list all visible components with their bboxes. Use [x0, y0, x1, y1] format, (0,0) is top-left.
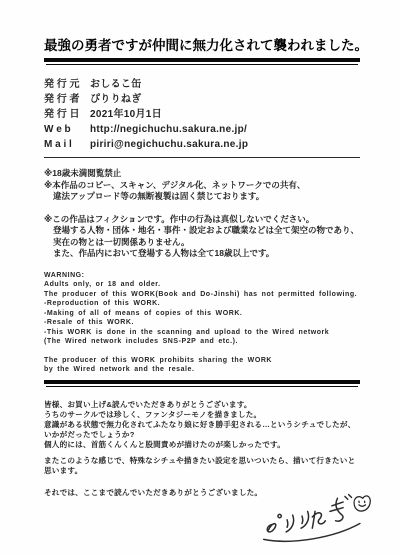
- bottom-divider: [44, 380, 360, 386]
- colophon-row-date: 発 行 日 2021年10月1日: [44, 107, 360, 122]
- date-label: 発 行 日: [44, 107, 90, 122]
- age-restriction-notice: ※18歳未満閲覧禁止: [44, 168, 360, 180]
- colophon-row-author: 発 行 者 ぴりりねぎ: [44, 92, 360, 107]
- section-divider: [44, 157, 360, 158]
- notices-section: ※18歳未満閲覧禁止 ※本作品のコピー、スキャン、デジタル化、ネットワークでの共…: [44, 168, 360, 260]
- signature-face-doodle: [354, 496, 370, 511]
- author-label: 発 行 者: [44, 92, 90, 107]
- warning-footer: The producer of this WORK prohibits shar…: [44, 356, 360, 375]
- mail-label: M a i l: [44, 137, 90, 152]
- title-divider: [44, 58, 360, 64]
- signature-handwriting: [264, 495, 360, 542]
- fiction-disclaimer-notice: ※この作品はフィクションです。作中の行為は真似しないでください。 登場する人物・…: [44, 214, 360, 260]
- afterword-paragraph-2: またこのような感じで、特殊なシチュや描きたい設定を思いついたら、描いて行きたいと…: [44, 456, 360, 476]
- copy-prohibition-notice: ※本作品のコピー、スキャン、デジタル化、ネットワークでの共有、 違法アップロード…: [44, 180, 360, 203]
- web-url: http://negichuchu.sakura.ne.jp/: [90, 122, 247, 137]
- signature-underline: [264, 524, 360, 542]
- afterword-section: 皆様、お買い上げ&読んでいただきありがとうございます。 うちのサークルでは珍しく…: [44, 400, 360, 498]
- date-value: 2021年10月1日: [90, 107, 162, 122]
- afterword-paragraph-1: 皆様、お買い上げ&読んでいただきありがとうございます。 うちのサークルでは珍しく…: [44, 400, 360, 450]
- mail-address: piriri@negichuchu.sakura.ne.jp: [90, 137, 248, 152]
- publisher-label: 発 行 元: [44, 77, 90, 92]
- colophon-row-mail: M a i l piriri@negichuchu.sakura.ne.jp: [44, 137, 360, 152]
- signature: [260, 486, 372, 548]
- warning-heading: WARNING:: [44, 271, 360, 281]
- page-title: 最強の勇者ですが仲間に無力化されて襲われました。: [44, 34, 360, 54]
- warning-body: Adults only, or 18 and older. The produc…: [44, 280, 360, 347]
- author-value: ぴりりねぎ: [90, 92, 142, 107]
- colophon-row-publisher: 発 行 元 おしるこ缶: [44, 77, 360, 92]
- web-label: W e b: [44, 122, 90, 137]
- colophon-row-web: W e b http://negichuchu.sakura.ne.jp/: [44, 122, 360, 137]
- publisher-value: おしるこ缶: [90, 77, 142, 92]
- colophon-section: 発 行 元 おしるこ缶 発 行 者 ぴりりねぎ 発 行 日 2021年10月1日…: [44, 77, 360, 152]
- colophon-page: 最強の勇者ですが仲間に無力化されて襲われました。 発 行 元 おしるこ缶 発 行…: [0, 0, 400, 556]
- english-warning-section: WARNING: Adults only, or 18 and older. T…: [44, 271, 360, 375]
